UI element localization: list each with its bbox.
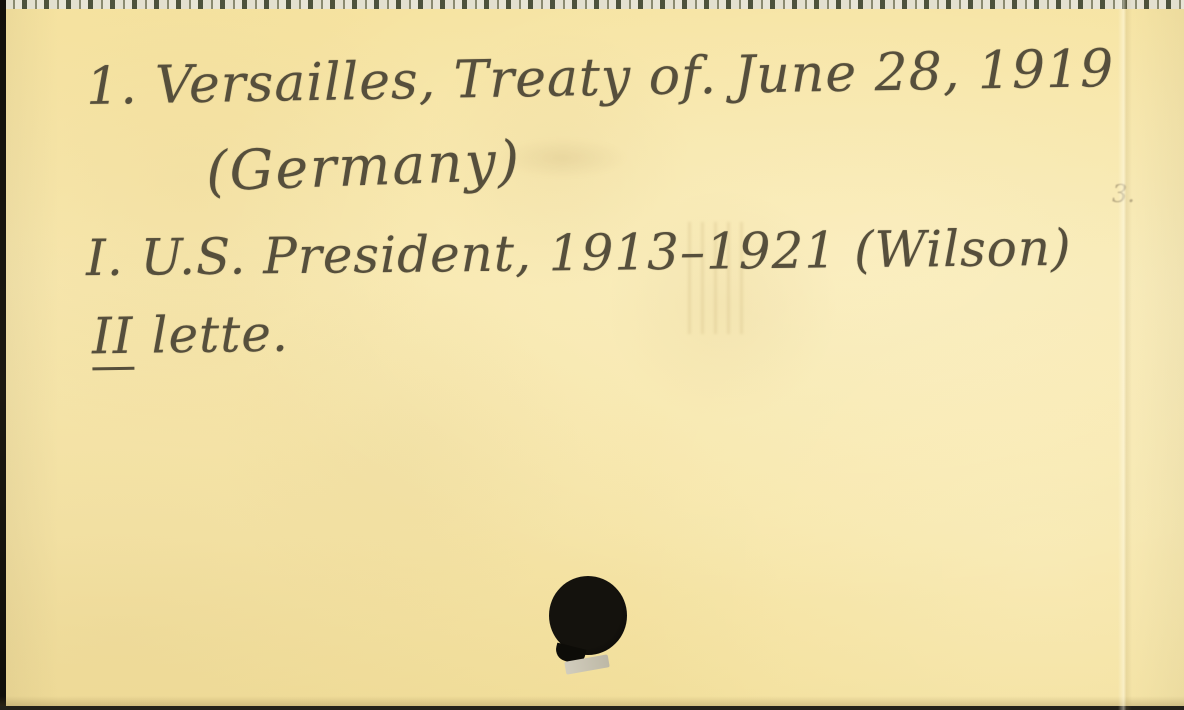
scan-edge-bottom <box>0 706 1184 710</box>
handwritten-line-four: IIlette. <box>92 305 290 371</box>
hole-punch <box>549 576 627 655</box>
bottom-edge-shadow <box>0 696 1184 706</box>
scanned-index-card: 1. Versailles, Treaty of. June 28, 1919 … <box>0 0 1184 710</box>
pencil-corner-note: 3. <box>1112 180 1135 208</box>
handwritten-line-president: I. U.S. President, 1913–1921 (Wilson) <box>86 219 1072 287</box>
scan-edge-top <box>0 0 1184 9</box>
line-four-word: lette. <box>151 305 289 365</box>
card-crease <box>1118 0 1132 710</box>
handwritten-line-heading: 1. Versailles, Treaty of. June 28, 1919 <box>86 39 1115 117</box>
handwritten-line-germany: (Germany) <box>205 129 522 204</box>
scan-edge-left <box>0 0 6 710</box>
roman-numeral-ii: II <box>92 307 134 371</box>
